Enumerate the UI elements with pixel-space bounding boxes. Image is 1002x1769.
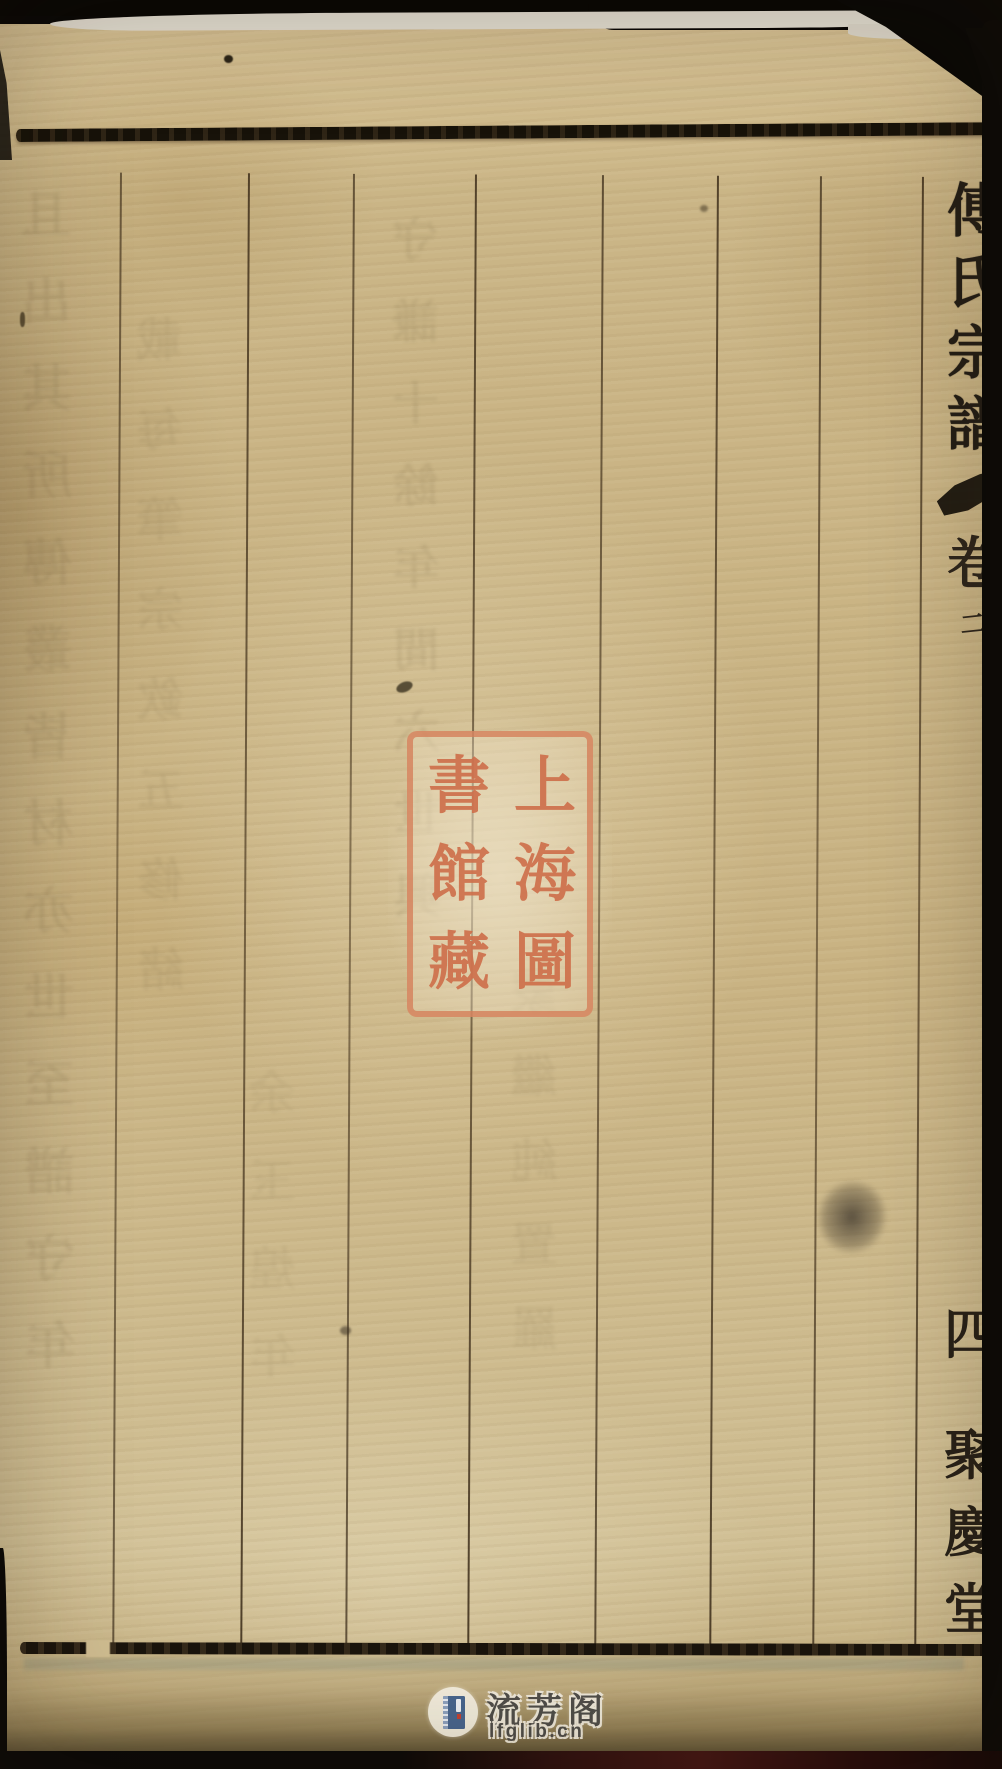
frame-bottom-border-gap (86, 1640, 110, 1657)
scan-edge-right (982, 20, 1002, 1762)
column-rule-line (345, 174, 355, 1645)
watermark-site-url: lfglib.cn (489, 1721, 709, 1743)
watermark-badge (428, 1687, 478, 1737)
book-icon-label (456, 1699, 461, 1712)
book-icon (443, 1696, 465, 1729)
frame-bottom-border (20, 1642, 986, 1656)
ink-fleck (20, 312, 25, 327)
shanghai-library-collection-seal: 書館藏 上海圖 (407, 731, 593, 1017)
column-rule-line (240, 173, 250, 1644)
seal-left-column: 書館藏 (419, 743, 499, 1005)
column-rule-line (709, 176, 719, 1647)
ink-fleck (340, 1326, 351, 1335)
ink-fleck (224, 55, 233, 63)
book-icon-seal-dot (457, 1714, 461, 1719)
ink-fleck (700, 205, 708, 212)
scanned-genealogy-page: 且出其所傳叢皆材亦世至譜守年 載每筆宗欽五修緒 守謙十餘年間六世興 蒙繼純置羅 … (0, 0, 1002, 1769)
column-rule-line (812, 176, 822, 1647)
column-rule-line (112, 173, 122, 1644)
scan-streak (24, 1658, 964, 1670)
book-icon-spine (443, 1696, 448, 1729)
seal-right-column: 上海圖 (505, 743, 585, 1005)
column-rule-line (914, 177, 924, 1648)
scan-edge-bottom (0, 1751, 1002, 1769)
